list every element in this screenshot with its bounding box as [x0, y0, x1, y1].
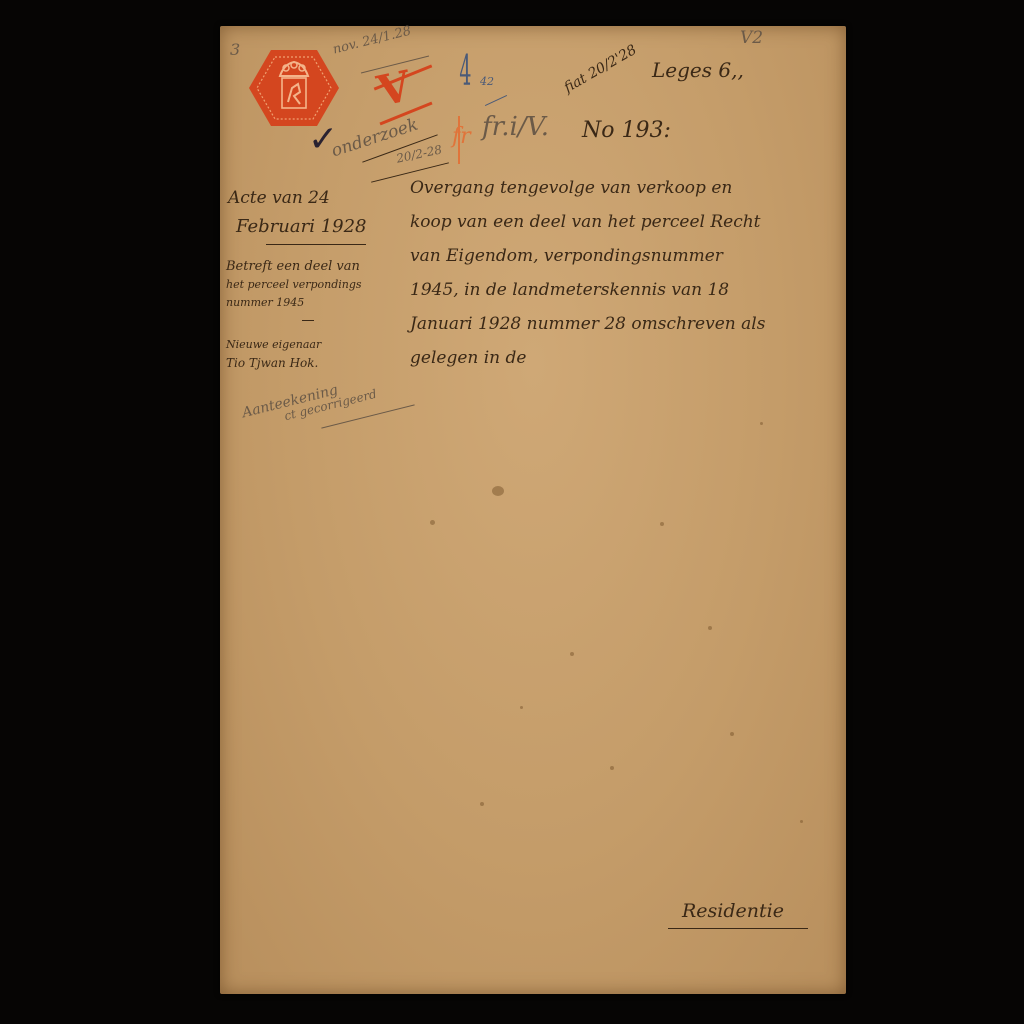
blue-pencil-small-number: 42: [480, 76, 494, 87]
leges-amount: Leges 6,,: [652, 60, 744, 80]
fiat-paraph: fiat 20/2'28: [562, 43, 639, 96]
blue-pencil-mark: 4: [459, 50, 471, 92]
acte-date-line2: Februari 1928: [236, 218, 367, 236]
body-line: Overgang tengevolge van verkoop en: [410, 171, 830, 205]
body-line: gelegen in de: [410, 341, 830, 375]
margin-pencil-note: Aanteekening ct gecorrigeerd: [241, 374, 378, 432]
royal-seal-stamp-icon: [248, 48, 340, 128]
body-line: 1945, in de landmeterskennis van 18: [410, 273, 830, 307]
pencil-initials: fr.i/V.: [482, 114, 549, 140]
corner-mark-left: 3: [230, 42, 240, 58]
document-page: 3 V2 nov. 24/1.28 V ✓ onderzoek 20/2-28 …: [220, 26, 846, 994]
body-line: van Eigendom, verpondingsnummer: [410, 239, 830, 273]
margin-new-owner-note: Nieuwe eigenaar Tio Tjwan Hok.: [226, 336, 321, 372]
orange-pencil-initials: fr: [452, 126, 471, 148]
deed-body-text: Overgang tengevolge van verkoop en koop …: [410, 171, 830, 375]
residentie-label: Residentie: [682, 902, 784, 921]
reference-pencil-note: nov. 24/1.28: [332, 24, 413, 56]
acte-date-line1: Acte van 24: [228, 190, 330, 207]
margin-betreft-note: Betreft een deel van het perceel verpond…: [226, 258, 362, 312]
body-line: koop van een deel van het perceel Recht: [410, 205, 830, 239]
body-line: Januari 1928 nummer 28 omschreven als: [410, 307, 830, 341]
corner-mark-right: V2: [740, 30, 763, 47]
roman-numeral-mark: V: [374, 65, 415, 113]
document-number: No 193:: [582, 120, 671, 142]
